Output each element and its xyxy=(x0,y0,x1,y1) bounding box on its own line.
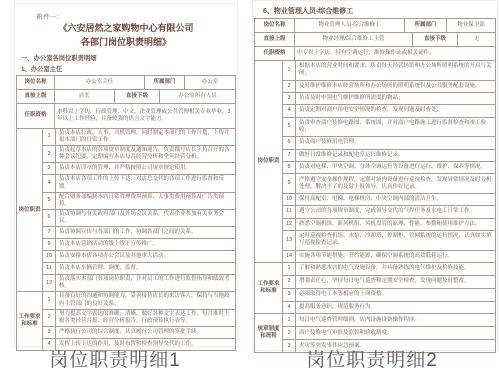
department-label: 所属部门 xyxy=(405,19,447,32)
row-text: 负责起草本店的各项规章制度及通知通告，负责撰写店长主持召开的各种会议纪要，定期编… xyxy=(56,146,235,162)
duties-section-label: 岗位职责 xyxy=(17,129,43,292)
supervisor-value: 物业经理/综合维修工主管 xyxy=(295,33,413,46)
row-number: 9 xyxy=(283,174,296,193)
subordinate-value: 办公室所有人员 xyxy=(160,90,235,103)
row-text: 遵守公司的各项规章制度，完成领导交代的气焊任务及水电工日常工作。 xyxy=(296,206,495,217)
row-number: 13 xyxy=(283,231,296,250)
numbered-row: 9严格遵守安全操作规程，定期对场内设备进行巡视检查，发现异常情况及时分析处理，解… xyxy=(283,174,495,194)
row-number: 6 xyxy=(283,137,296,148)
requirements-section: 工作要求和标准 1了解和熟悉本店的电气设施设备，并具备熟练的电气维护及检修技能。… xyxy=(255,263,495,314)
row-text: 负责及时申领电气维护维修所需要的物品； xyxy=(296,93,495,104)
row-number: 3 xyxy=(283,93,296,104)
numbered-row: 2增强责任心，坚持每日电气巡查和定期安全检查，发现问题及时整改。 xyxy=(283,276,495,289)
row-text: 负责对电梯、中央空调、分体空调运行等设备进行运行、维护、保养等情况。 xyxy=(296,162,495,173)
numbered-row: 5配合财务部编制本店日常管理费用预算、人事类费用预算及广告类预算。 xyxy=(43,193,235,210)
row-number: 1 xyxy=(283,263,296,275)
caption-page-2: 岗位职责明细2 xyxy=(306,345,438,372)
row-text: 做好日常维修记录和配电室运行维修记录。 xyxy=(296,150,495,161)
row-text: 负责本店行政、人事、司机管理，同时制定本部门的工作计划，上传并报本部门的日常工作… xyxy=(56,129,235,145)
position-name-value: 办公室主任 xyxy=(55,76,145,89)
row-text: 努力提高文字表达的准确、清晰，做好各种文字表达工作，每月准时上报各类经营月报、经… xyxy=(56,310,235,326)
row-text: 具备良好的沟通和协调能力，妥善接待店长的来访客人，保持与当地政府主管部门的良好关… xyxy=(56,292,235,308)
qualification-value: 中专以上学历，持有空调运行、维修操作证或相关证件。 xyxy=(295,47,495,60)
numbered-row: 1了解和熟悉本店的电气设施设备，并具备熟练的电气维护及检修技能。 xyxy=(283,263,495,276)
numbered-row: 2商户装修电气审批及监督和验收制度。 xyxy=(283,327,495,340)
row-number: 7 xyxy=(283,150,296,161)
numbered-row: 10负责安排本店各项办公会议及其他重大活动。 xyxy=(43,251,235,263)
row-text: 增强责任心，坚持每日电气巡查和定期安全检查，发现问题及时整改。 xyxy=(296,276,495,288)
row-text: 配合财务部编制本店日常管理费用预算、人事类费用预算及广告类预算。 xyxy=(56,193,235,209)
row-number: 2 xyxy=(283,276,296,288)
row-number: 1 xyxy=(283,314,296,326)
numbered-row: 2负责起草本店的各项规章制度及通知通告，负责撰写店长主持召开的各种会议纪要，定期… xyxy=(43,146,235,163)
info-row-qualification: 任职资格 中专以上学历，持有空调运行、维修操作证或相关证件。 xyxy=(255,47,495,61)
document-page-1[interactable]: 附件一： 《六安居然之家购物中心有限公司 各部门岗位职责明细》 一、办公室各岗位… xyxy=(14,3,238,347)
caption-page-1: 岗位职责明细1 xyxy=(49,345,181,372)
row-number: 4 xyxy=(283,105,296,116)
position-name-label: 岗位名称 xyxy=(17,76,55,89)
numbered-row: 6负责商户装修用电管理。 xyxy=(283,137,495,149)
numbered-row: 4负责本店各项工作的上传下达，对店总交代的各项工作进行监督和反馈。 xyxy=(43,175,235,192)
supervisor-label: 直接上级 xyxy=(255,33,295,46)
row-text: 负责本店各项工作的上传下达，对店总交代的各项工作进行监督和反馈。 xyxy=(56,175,235,191)
row-number: 3 xyxy=(283,340,296,352)
row-number: 8 xyxy=(283,162,296,173)
row-number: 1 xyxy=(283,61,296,80)
requirements-rows: 1具备良好的沟通和协调能力，妥善接待店长的来访客人，保持与当地政府主管部门的良好… xyxy=(43,292,235,350)
row-number: 6 xyxy=(43,210,56,226)
numbered-row: 6负责协调与有关政府部门及外场会议关系，代表企业参加有关业务会议。 xyxy=(43,210,235,227)
supervisor-label: 直接上级 xyxy=(17,90,55,103)
document-page-2[interactable]: 6、物业管理人员-综合维修工 岗位名称 物业管理人员-综合维修工 所属部门 物业… xyxy=(252,0,498,351)
numbered-row: 12负责落实本部门各项岗位职责，并对员工的工作进行监督指导和绩效考核。 xyxy=(43,275,235,291)
row-number: 1 xyxy=(43,292,56,308)
numbered-row: 2及时维护维修本店经营场所和办公场所的照明系统以及公共服务配套设施。 xyxy=(283,81,495,93)
row-number: 3 xyxy=(283,289,296,301)
duties-section-label: 岗位职责 xyxy=(255,61,283,262)
row-number: 2 xyxy=(283,327,296,339)
qualification-label: 任职资格 xyxy=(17,104,55,128)
row-text: 商户装修电气审批及监督和验收制度。 xyxy=(296,327,495,339)
position-name-label: 岗位名称 xyxy=(255,19,295,32)
duties-rows: 1负责本店行政、人事、司机管理，同时制定本部门的工作计划，上传并报本部门的日常工… xyxy=(43,129,235,292)
job-description-table-2: 岗位名称 物业管理人员-综合维修工 所属部门 物业保卫部 直接上级 物业经理/综… xyxy=(254,18,496,353)
row-number: 4 xyxy=(283,302,296,314)
numbered-row: 3负责本店印章的管理，并严格按照公司规章规定使用。 xyxy=(43,163,235,175)
row-text: 负责协调与有关政府部门及外场会议关系，代表企业参加有关业务会议。 xyxy=(56,210,235,226)
row-number: 2 xyxy=(43,310,56,326)
numbered-row: 4提高服务意识，规范服务行为。 xyxy=(283,302,495,314)
numbered-row: 8负责对电梯、中央空调、分体空调运行等设备进行运行、维护、保养等情况。 xyxy=(283,162,495,174)
row-text: 负责协调宣传与各部门的工作，协调各部门之间的关系。 xyxy=(56,227,235,238)
row-text: 负责落实本部门各项岗位职责，并对员工的工作进行监督指导和绩效考核。 xyxy=(56,275,235,291)
supervisor-value: 店长 xyxy=(55,90,115,103)
rules-section-label: 规章制度和流程 xyxy=(255,314,283,352)
info-row-position: 岗位名称 物业管理人员-综合维修工 所属部门 物业保卫部 xyxy=(255,19,495,33)
qualification-value: 本科以上学历，行政管理、中文、企业管理或公共管理相关专业毕业，3年以上工作经验，… xyxy=(55,104,235,128)
row-text: 负责商户装修用电管理。 xyxy=(296,137,495,148)
row-number: 9 xyxy=(43,239,56,250)
position-heading: 1、办公室主任 xyxy=(21,64,237,73)
row-text: 定时巡视检查机组、水泵、冷却塔、控制柜、管网系统的运行情况，认真如实填写巡视检查… xyxy=(296,231,495,250)
section-heading: 一、办公室各岗位职责明细 xyxy=(21,53,237,62)
row-number: 5 xyxy=(43,193,56,209)
row-number: 1 xyxy=(43,129,56,145)
document-title: 《六安居然之家购物中心有限公司 各部门岗位职责明细》 xyxy=(15,22,237,50)
numbered-row: 9负责本店营销活动的线上线下宣传推广。 xyxy=(43,239,235,251)
row-text: 负责定期对商户用电安全情况的检查，发现问题及时查处； xyxy=(296,105,495,116)
row-text: 保持高配室、电梯、电梯机房、中央空调内部的清洁卫生。 xyxy=(296,194,495,205)
numbered-row: 7负责协调宣传与各部门的工作，协调各部门之间的关系。 xyxy=(43,227,235,239)
position-heading: 6、物业管理人员-综合维修工 xyxy=(263,6,497,16)
department-value: 物业保卫部 xyxy=(447,19,495,32)
row-number: 11 xyxy=(283,206,296,217)
row-text: 必须取得电工本等相应的上岗资格。 xyxy=(296,289,495,301)
row-text: 严格遵守安全操作规程，定期对场内设备进行巡视检查，发现异常情况及时分析处理，解决… xyxy=(296,174,495,193)
row-text: 提高服务意识，规范服务行为。 xyxy=(296,302,495,314)
qualification-label: 任职资格 xyxy=(255,47,295,60)
requirements-section: 工作要求和标准 1具备良好的沟通和协调能力，妥善接待店长的来访客人，保持与当地政… xyxy=(17,292,235,350)
requirements-section-label: 工作要求和标准 xyxy=(17,292,43,350)
row-number: 7 xyxy=(43,227,56,238)
info-row-qualification: 任职资格 本科以上学历，行政管理、中文、企业管理或公共管理相关专业毕业，3年以上… xyxy=(17,104,235,129)
row-text: 了解和熟悉本店的电气设施设备，并具备熟练的电气维护及检修技能。 xyxy=(296,263,495,275)
duties-rows: 1根据本店的营业时间和要求，负责每天经营场馆和办公场所照明系统的开启与关闭；2及… xyxy=(283,61,495,262)
attachment-label: 附件一： xyxy=(37,12,237,21)
numbered-row: 11遵守公司的各项规章制度，完成领导交代的气焊任务及水电工日常工作。 xyxy=(283,206,495,218)
duties-section: 岗位职责 1负责本店行政、人事、司机管理，同时制定本部门的工作计划，上传并报本部… xyxy=(17,129,235,293)
document-title-line-2: 各部门岗位职责明细》 xyxy=(15,36,237,50)
row-number: 11 xyxy=(43,263,56,274)
row-text: 负责安排本店各项办公会议及其他重大活动。 xyxy=(56,251,235,262)
document-title-line-1: 《六安居然之家购物中心有限公司 xyxy=(15,22,237,36)
requirements-section-label: 工作要求和标准 xyxy=(255,263,283,313)
subordinate-label: 直接下级 xyxy=(413,33,458,46)
numbered-row: 1根据本店的营业时间和要求，负责每天经营场馆和办公场所照明系统的开启与关闭； xyxy=(283,61,495,81)
row-text: 及时维护维修本店经营场所和办公场所的照明系统以及公共服务配套设施。 xyxy=(296,81,495,92)
row-text: 负责本店印章的管理，并严格按照公司规章规定使用。 xyxy=(56,163,235,174)
numbered-row: 7做好日常维修记录和配电室运行维修记录。 xyxy=(283,150,495,162)
row-text: 实施各项节能措施、节约能源，确保空调系统的高效低耗运行。 xyxy=(296,251,495,262)
position-name-value: 物业管理人员-综合维修工 xyxy=(295,19,405,32)
row-text: 负责审查商户装修电路图、系统图，并对商户电路施工进行监督检查和竣工验收； xyxy=(296,118,495,137)
numbered-row: 3严格执行公司的综合制度，认真履行公司管理的签批手续。 xyxy=(43,327,235,339)
subordinate-value: 无 xyxy=(458,33,495,46)
numbered-row: 2努力提高文字表达的准确、清晰，做好各种文字表达工作，每月准时上报各类经营月报、… xyxy=(43,310,235,327)
row-text: 严格执行公司的综合制度，认真履行公司管理的签批手续。 xyxy=(56,327,235,338)
numbered-row: 3负责及时申领电气维护维修所需要的物品； xyxy=(283,93,495,105)
numbered-row: 4负责定期对商户用电安全情况的检查，发现问题及时查处； xyxy=(283,105,495,117)
department-label: 所属部门 xyxy=(145,76,185,89)
numbered-row: 1每日电气巡查管理细则，店内设施设备操作程序。 xyxy=(283,314,495,327)
subordinate-label: 直接下级 xyxy=(115,90,160,103)
row-number: 14 xyxy=(283,251,296,262)
numbered-row: 11负责本店车辆管理、调度、监督。 xyxy=(43,263,235,275)
numbered-row: 1负责本店行政、人事、司机管理，同时制定本部门的工作计划，上传并报本部门的日常工… xyxy=(43,129,235,146)
info-row-reporting: 直接上级 物业经理/综合维修工主管 直接下级 无 xyxy=(255,33,495,47)
department-value: 办公室 xyxy=(185,76,235,89)
numbered-row: 14实施各项节能措施、节约能源，确保空调系统的高效低耗运行。 xyxy=(283,251,495,262)
row-number: 2 xyxy=(43,146,56,162)
numbered-row: 1具备良好的沟通和协调能力，妥善接待店长的来访客人，保持与当地政府主管部门的良好… xyxy=(43,292,235,309)
numbered-row: 3必须取得电工本等相应的上岗资格。 xyxy=(283,289,495,302)
row-number: 10 xyxy=(283,194,296,205)
row-text: 负责本店营销活动的线上线下宣传推广。 xyxy=(56,239,235,250)
row-number: 3 xyxy=(43,163,56,174)
row-number: 5 xyxy=(283,118,296,137)
row-number: 3 xyxy=(43,327,56,338)
numbered-row: 12熟悉空调机组、新风机组、风机盘管的原理、性能、参数和使用维护方法。 xyxy=(283,219,495,231)
row-text: 负责本店车辆管理、调度、监督。 xyxy=(56,263,235,274)
numbered-row: 13定时巡视检查机组、水泵、冷却塔、控制柜、管网系统的运行情况，认真如实填写巡视… xyxy=(283,231,495,251)
info-row-reporting: 直接上级 店长 直接下级 办公室所有人员 xyxy=(17,90,235,104)
row-text: 每日电气巡查管理细则，店内设施设备操作程序。 xyxy=(296,314,495,326)
row-number: 4 xyxy=(43,175,56,191)
numbered-row: 5负责审查商户装修电路图、系统图，并对商户电路施工进行监督检查和竣工验收； xyxy=(283,118,495,138)
row-number: 12 xyxy=(43,275,56,291)
requirements-rows: 1了解和熟悉本店的电气设施设备，并具备熟练的电气维护及检修技能。2增强责任心，坚… xyxy=(283,263,495,313)
numbered-row: 10保持高配室、电梯、电梯机房、中央空调内部的清洁卫生。 xyxy=(283,194,495,206)
row-number: 2 xyxy=(283,81,296,92)
row-number: 10 xyxy=(43,251,56,262)
row-text: 熟悉空调机组、新风机组、风机盘管的原理、性能、参数和使用维护方法。 xyxy=(296,219,495,230)
info-row-position: 岗位名称 办公室主任 所属部门 办公室 xyxy=(17,76,235,90)
duties-section: 岗位职责 1根据本店的营业时间和要求，负责每天经营场馆和办公场所照明系统的开启与… xyxy=(255,61,495,263)
row-text: 根据本店的营业时间和要求，负责每天经营场馆和办公场所照明系统的开启与关闭； xyxy=(296,61,495,80)
job-description-table-1: 岗位名称 办公室主任 所属部门 办公室 直接上级 店长 直接下级 办公室所有人员… xyxy=(16,75,236,351)
row-number: 12 xyxy=(283,219,296,230)
